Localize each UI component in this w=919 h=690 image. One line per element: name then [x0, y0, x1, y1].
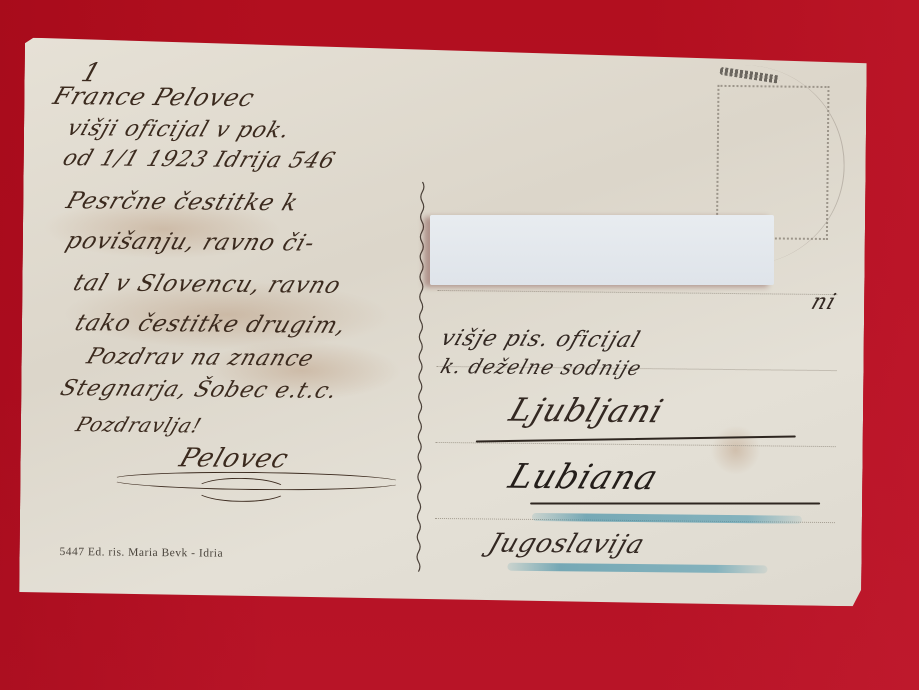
message-line: od 1/1 1923 Idrija 546 [59, 146, 338, 174]
address-line [437, 290, 837, 295]
message-line: Pesrčne čestitke k [63, 188, 302, 216]
stain [710, 425, 761, 476]
divider-wavy-line [414, 182, 426, 572]
publisher-imprint: 5447 Ed. ris. Maria Bevk - Idria [60, 546, 224, 560]
blue-pencil-underline [532, 513, 802, 524]
message-line: Pozdrav na znance [83, 344, 317, 371]
signature: Pelovec [176, 443, 293, 474]
address-title: višje pis. oficijal [438, 326, 644, 353]
address-country: Jugoslavija [485, 529, 649, 561]
message-line: tal v Slovencu, ravno [70, 270, 345, 299]
message-line: Stegnarja, Šobec e.t.c. [57, 376, 341, 404]
blue-pencil-underline [507, 563, 767, 574]
address-court: k. deželne sodnije [438, 354, 646, 380]
address-city: Ljubljani [505, 391, 669, 430]
city-alt-underline [530, 502, 820, 504]
message-line: Pozdravlja! [73, 412, 205, 437]
message-line: France Pelovec [50, 82, 259, 112]
signature-flourish [195, 477, 287, 502]
message-line: povišanju, ravno či- [62, 228, 318, 257]
postcard: 1 France Pelovec višji oficijal v pok. o… [19, 38, 867, 607]
address-line [436, 442, 836, 447]
message-line: višji oficijal v pok. [64, 116, 294, 143]
address-city-alt: Lubiana [504, 457, 664, 498]
message-line: tako čestitke drugim, [72, 310, 350, 339]
redaction-paper-strip [430, 215, 774, 285]
